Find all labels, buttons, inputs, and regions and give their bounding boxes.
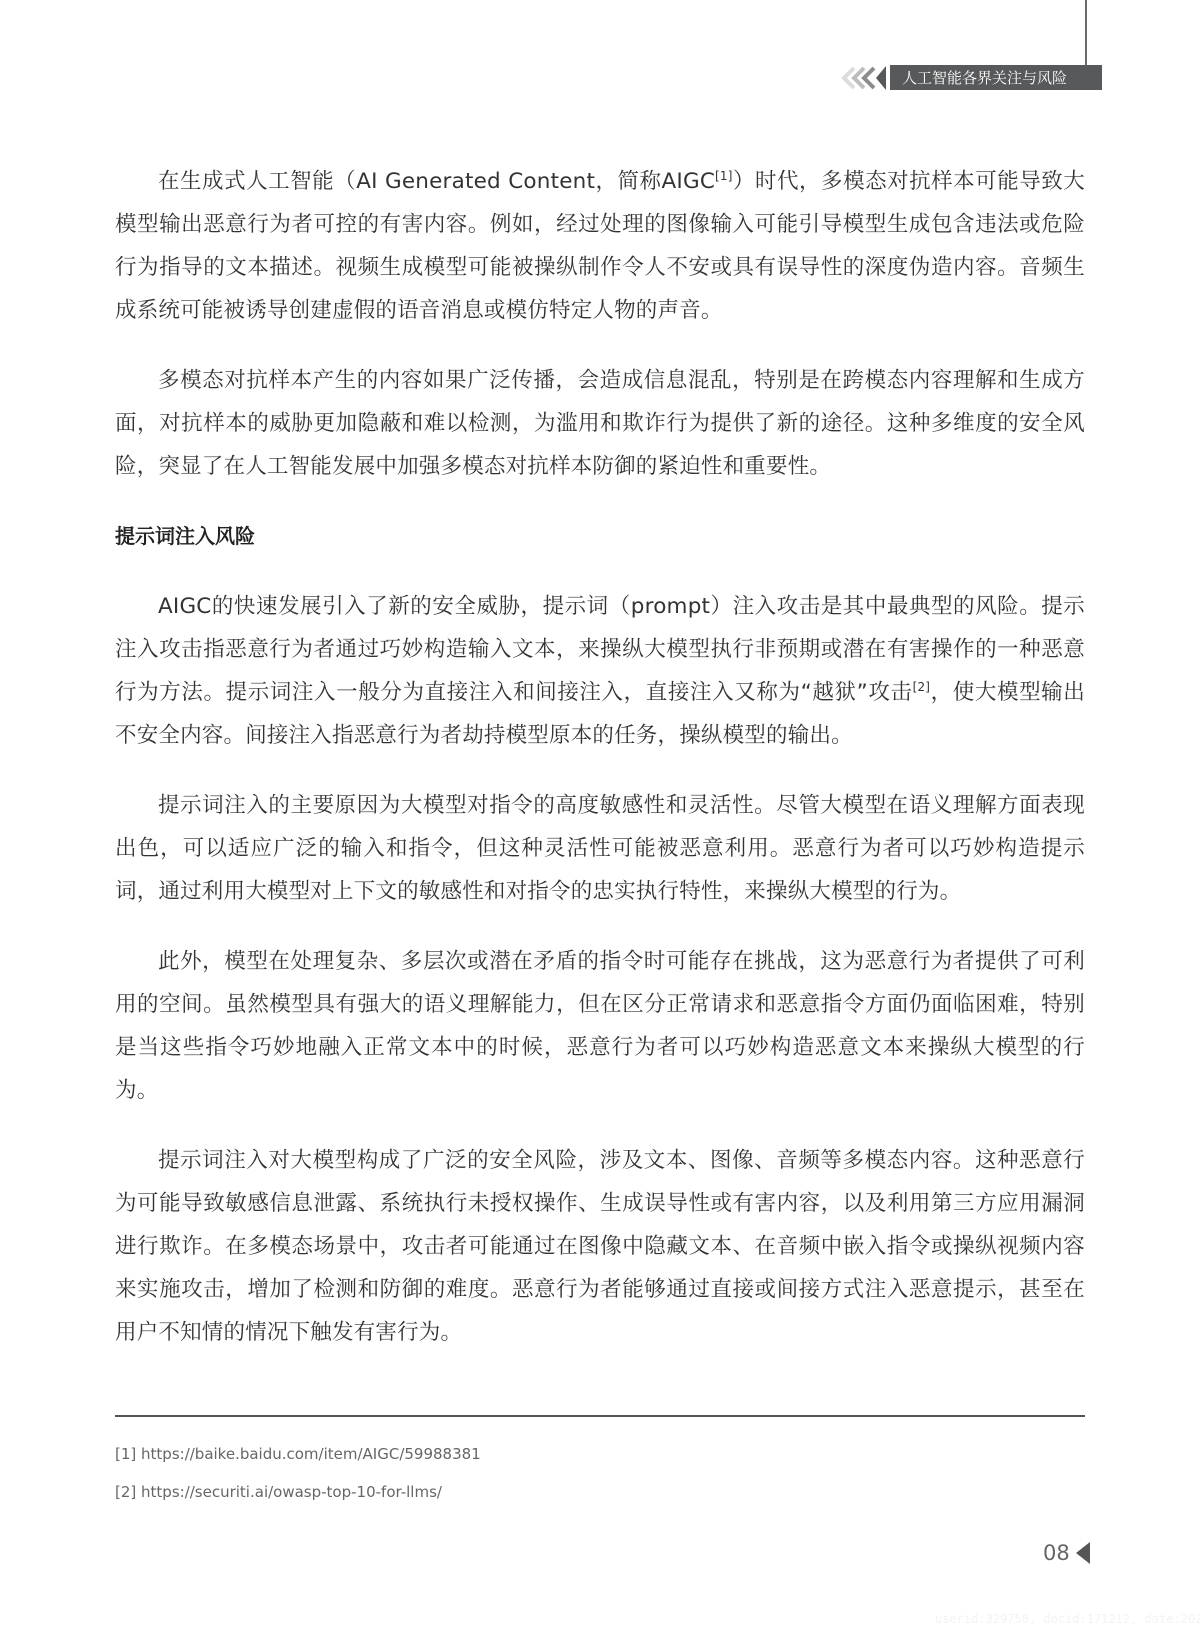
paragraph: 提示词注入的主要原因为大模型对指令的高度敏感性和灵活性。尽管大模型在语义理解方面… [115, 784, 1085, 913]
footnote-link[interactable]: https://securiti.ai/owasp-top-10-for-llm… [141, 1483, 442, 1501]
paragraph: 此外，模型在处理复杂、多层次或潜在矛盾的指令时可能存在挑战，这为恶意行为者提供了… [115, 940, 1085, 1112]
section-heading: 提示词注入风险 [115, 515, 1085, 558]
paragraph-text: 提示词注入的主要原因为大模型对指令的高度敏感性和灵活性。尽管大模型在语义理解方面… [115, 793, 1085, 904]
footnote-ref[interactable]: [2] [913, 680, 931, 694]
document-body: 在生成式人工智能（AI Generated Content，简称AIGC[1]）… [115, 160, 1085, 1381]
paragraph-text: 此外，模型在处理复杂、多层次或潜在矛盾的指令时可能存在挑战，这为恶意行为者提供了… [115, 949, 1085, 1103]
section-tag-label: 人工智能各界关注与风险 [890, 65, 1102, 90]
footnote-divider [115, 1415, 1085, 1417]
footnote-ref[interactable]: [1] [715, 169, 733, 183]
paragraph: 在生成式人工智能（AI Generated Content，简称AIGC[1]）… [115, 160, 1085, 332]
footnote-label: [2] [115, 1483, 136, 1501]
paragraph-text: 在生成式人工智能（AI Generated Content，简称AIGC [158, 169, 715, 194]
paragraph: 提示词注入对大模型构成了广泛的安全风险，涉及文本、图像、音频等多模态内容。这种恶… [115, 1139, 1085, 1354]
paragraph: 多模态对抗样本产生的内容如果广泛传播，会造成信息混乱，特别是在跨模态内容理解和生… [115, 359, 1085, 488]
footnote-label: [1] [115, 1445, 136, 1463]
watermark: userid:329758, docid:171212, date:2024-1… [935, 1612, 1200, 1626]
chevron-left-icon [840, 66, 886, 90]
section-header-tag: 人工智能各界关注与风险 [840, 65, 1102, 90]
paragraph-text: 提示词注入对大模型构成了广泛的安全风险，涉及文本、图像、音频等多模态内容。这种恶… [115, 1148, 1085, 1345]
triangle-left-icon [1076, 1542, 1090, 1564]
footnote-link[interactable]: https://baike.baidu.com/item/AIGC/599883… [141, 1445, 481, 1463]
footnotes: [1] https://baike.baidu.com/item/AIGC/59… [115, 1435, 1085, 1511]
paragraph-text: 多模态对抗样本产生的内容如果广泛传播，会造成信息混乱，特别是在跨模态内容理解和生… [115, 368, 1085, 479]
footnote-item: [2] https://securiti.ai/owasp-top-10-for… [115, 1473, 1085, 1511]
page-number: 08 [1043, 1541, 1090, 1565]
page-number-text: 08 [1043, 1541, 1070, 1565]
footnote-item: [1] https://baike.baidu.com/item/AIGC/59… [115, 1435, 1085, 1473]
paragraph: AIGC的快速发展引入了新的安全威胁，提示词（prompt）注入攻击是其中最典型… [115, 585, 1085, 757]
